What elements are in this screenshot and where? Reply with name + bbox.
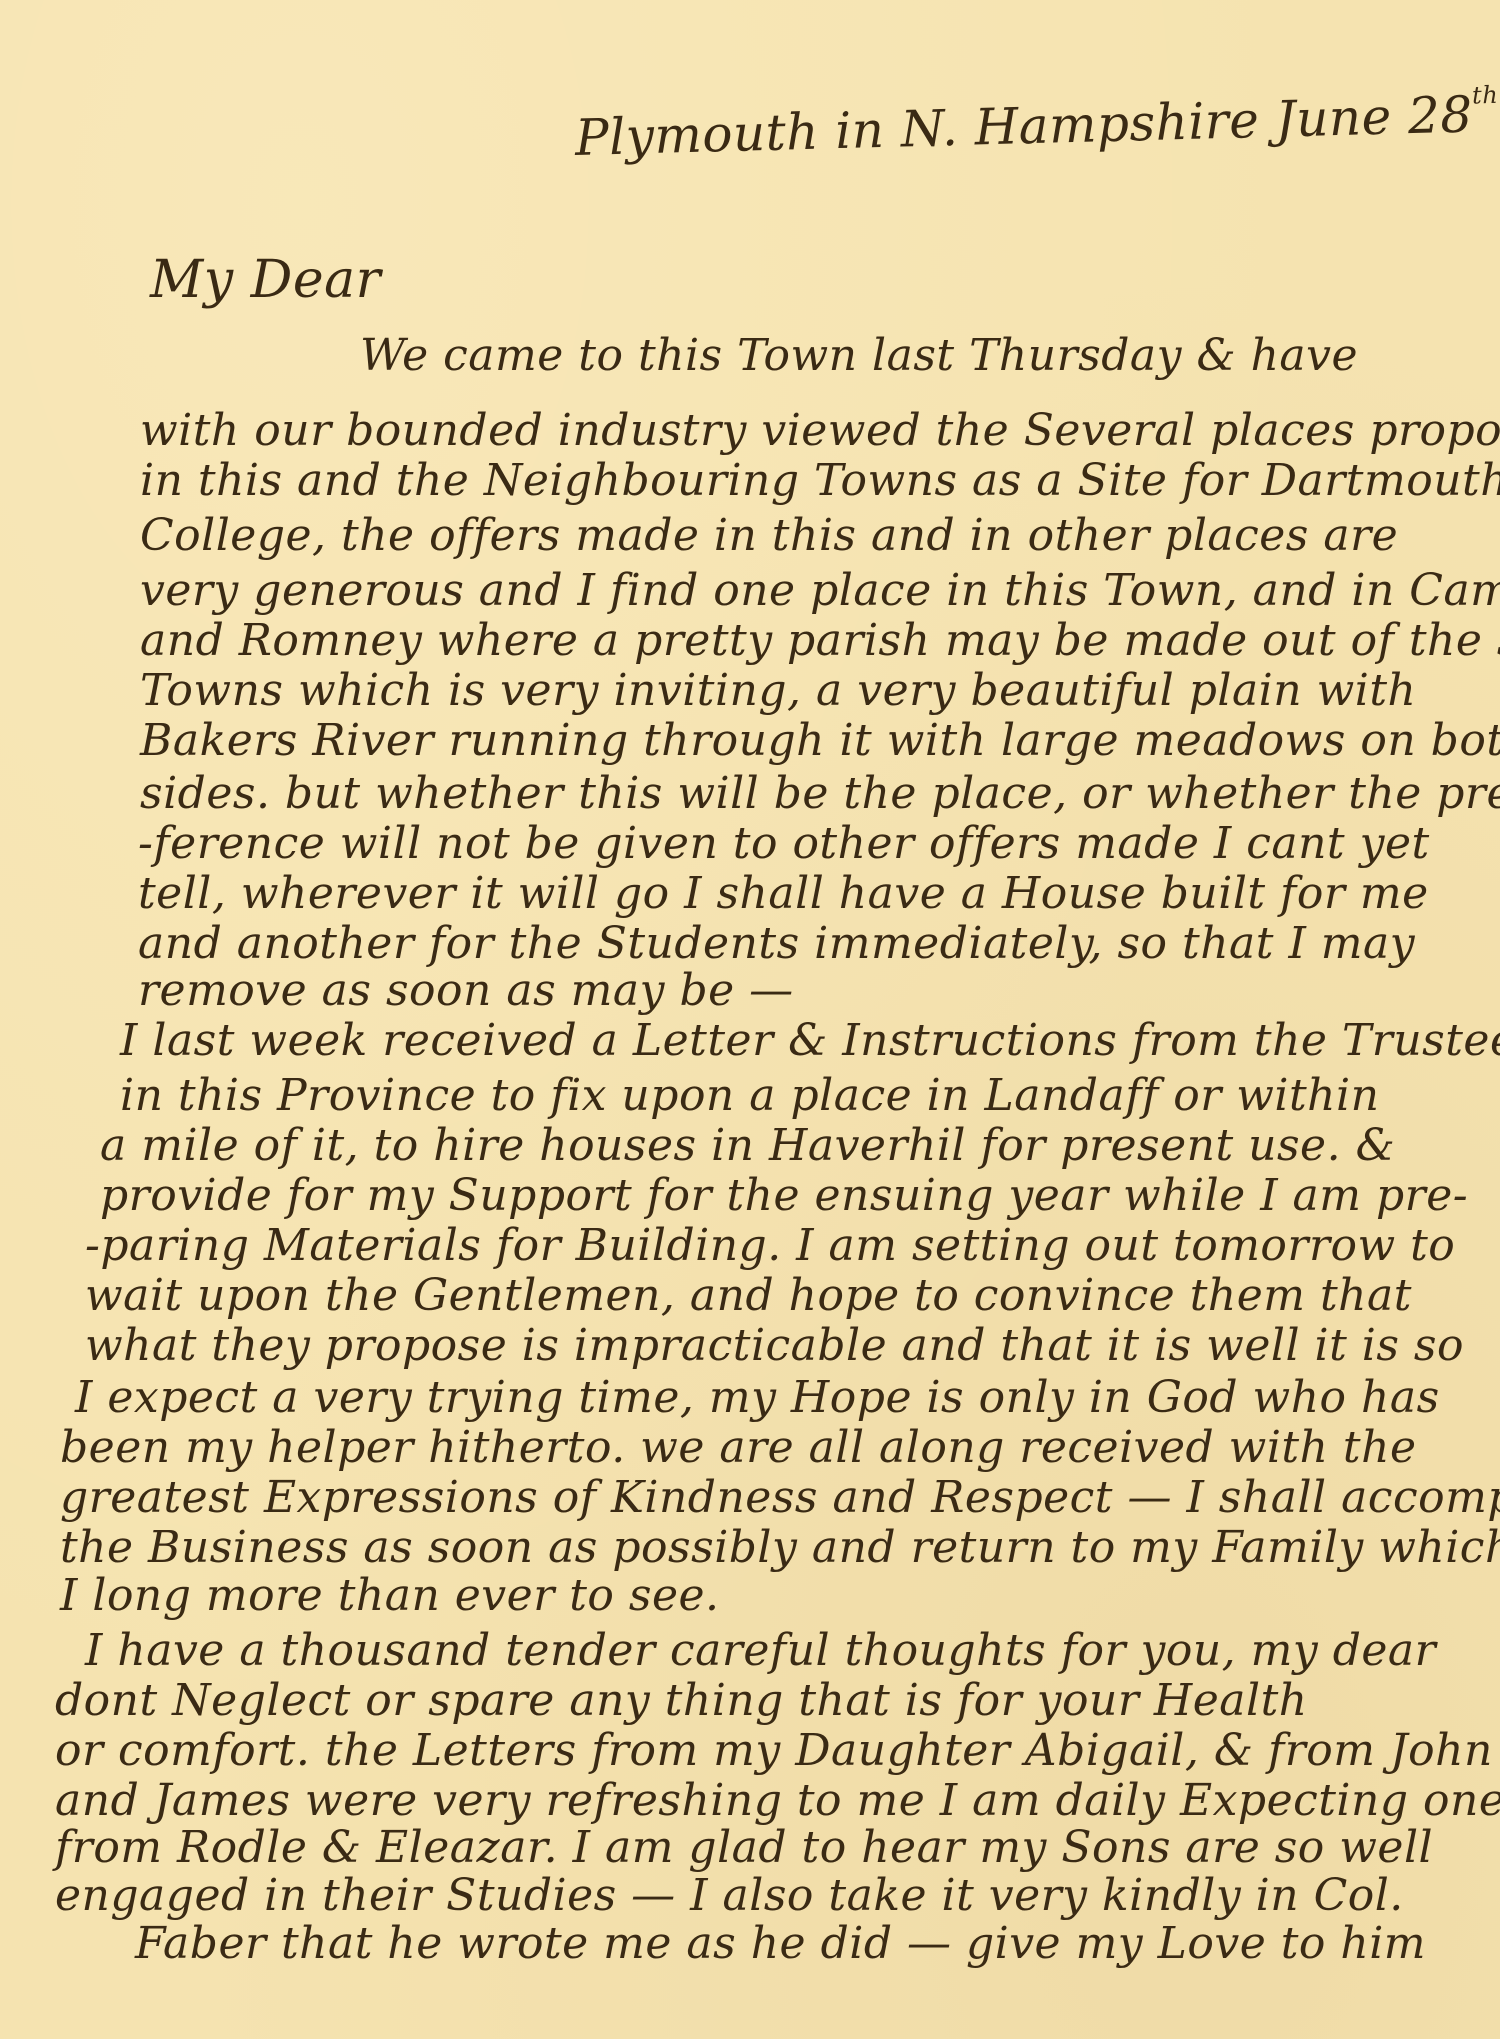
letter-line: -ference will not be given to other offe… bbox=[138, 818, 1428, 869]
letter-line: wait upon the Gentlemen, and hope to con… bbox=[85, 1270, 1375, 1321]
letter-line: from Rodle & Eleazar. I am glad to hear … bbox=[55, 1822, 1345, 1873]
salutation: My Dear bbox=[150, 250, 381, 310]
letter-line: I long more than ever to see. bbox=[60, 1570, 1350, 1621]
letter-line: I expect a very trying time, my Hope is … bbox=[75, 1372, 1365, 1423]
letter-line: the Business as soon as possibly and ret… bbox=[60, 1522, 1350, 1573]
letter-line: Bakers River running through it with lar… bbox=[140, 715, 1430, 766]
letter-line: dont Neglect or spare any thing that is … bbox=[55, 1675, 1345, 1726]
letter-line: sides. but whether this will be the plac… bbox=[140, 768, 1430, 819]
letter-line: in this Province to fix upon a place in … bbox=[120, 1070, 1410, 1121]
dateline-place: Plymouth in N. Hampshire June 28 bbox=[574, 86, 1473, 167]
letter-line: We came to this Town last Thursday & hav… bbox=[360, 330, 1420, 381]
letter-line-text: very generous and I find one place in th… bbox=[140, 565, 1500, 616]
letter-line: with our bounded industry viewed the Sev… bbox=[140, 405, 1430, 456]
letter-line: Faber that he wrote me as he did — give … bbox=[135, 1918, 1425, 1969]
letter-line: in this and the Neighbouring Towns as a … bbox=[140, 455, 1430, 506]
letter-line: -paring Materials for Building. I am set… bbox=[85, 1220, 1375, 1271]
letter-line: engaged in their Studies — I also take i… bbox=[55, 1870, 1345, 1921]
letter-line: a mile of it, to hire houses in Haverhil… bbox=[100, 1120, 1390, 1171]
dateline-ordinal: th bbox=[1472, 81, 1499, 110]
letter-line: I have a thousand tender careful thought… bbox=[85, 1625, 1375, 1676]
letter-page: Plymouth in N. Hampshire June 28th. 1770… bbox=[0, 0, 1500, 2039]
letter-line: and another for the Students immediately… bbox=[138, 918, 1428, 969]
letter-line: or comfort. the Letters from my Daughter… bbox=[55, 1725, 1345, 1776]
letter-line: provide for my Support for the ensuing y… bbox=[100, 1170, 1390, 1221]
letter-line: greatest Expressions of Kindness and Res… bbox=[60, 1472, 1350, 1523]
letter-line: College, the offers made in this and in … bbox=[140, 510, 1430, 561]
letter-line: Towns which is very inviting, a very bea… bbox=[140, 665, 1430, 716]
letter-line: been my helper hitherto. we are all alon… bbox=[60, 1422, 1350, 1473]
letter-line: I last week received a Letter & Instruct… bbox=[120, 1015, 1410, 1066]
letter-line: remove as soon as may be — bbox=[138, 965, 1428, 1016]
letter-line: what they propose is impracticable and t… bbox=[85, 1320, 1375, 1371]
letter-line: and Romney where a pretty parish may be … bbox=[140, 615, 1430, 666]
letter-line: and James were very refreshing to me I a… bbox=[55, 1775, 1345, 1826]
letter-line: very generous and I find one place in th… bbox=[140, 560, 1430, 616]
dateline: Plymouth in N. Hampshire June 28th. 1770… bbox=[574, 76, 1500, 167]
letter-line: tell, wherever it will go I shall have a… bbox=[138, 868, 1428, 919]
